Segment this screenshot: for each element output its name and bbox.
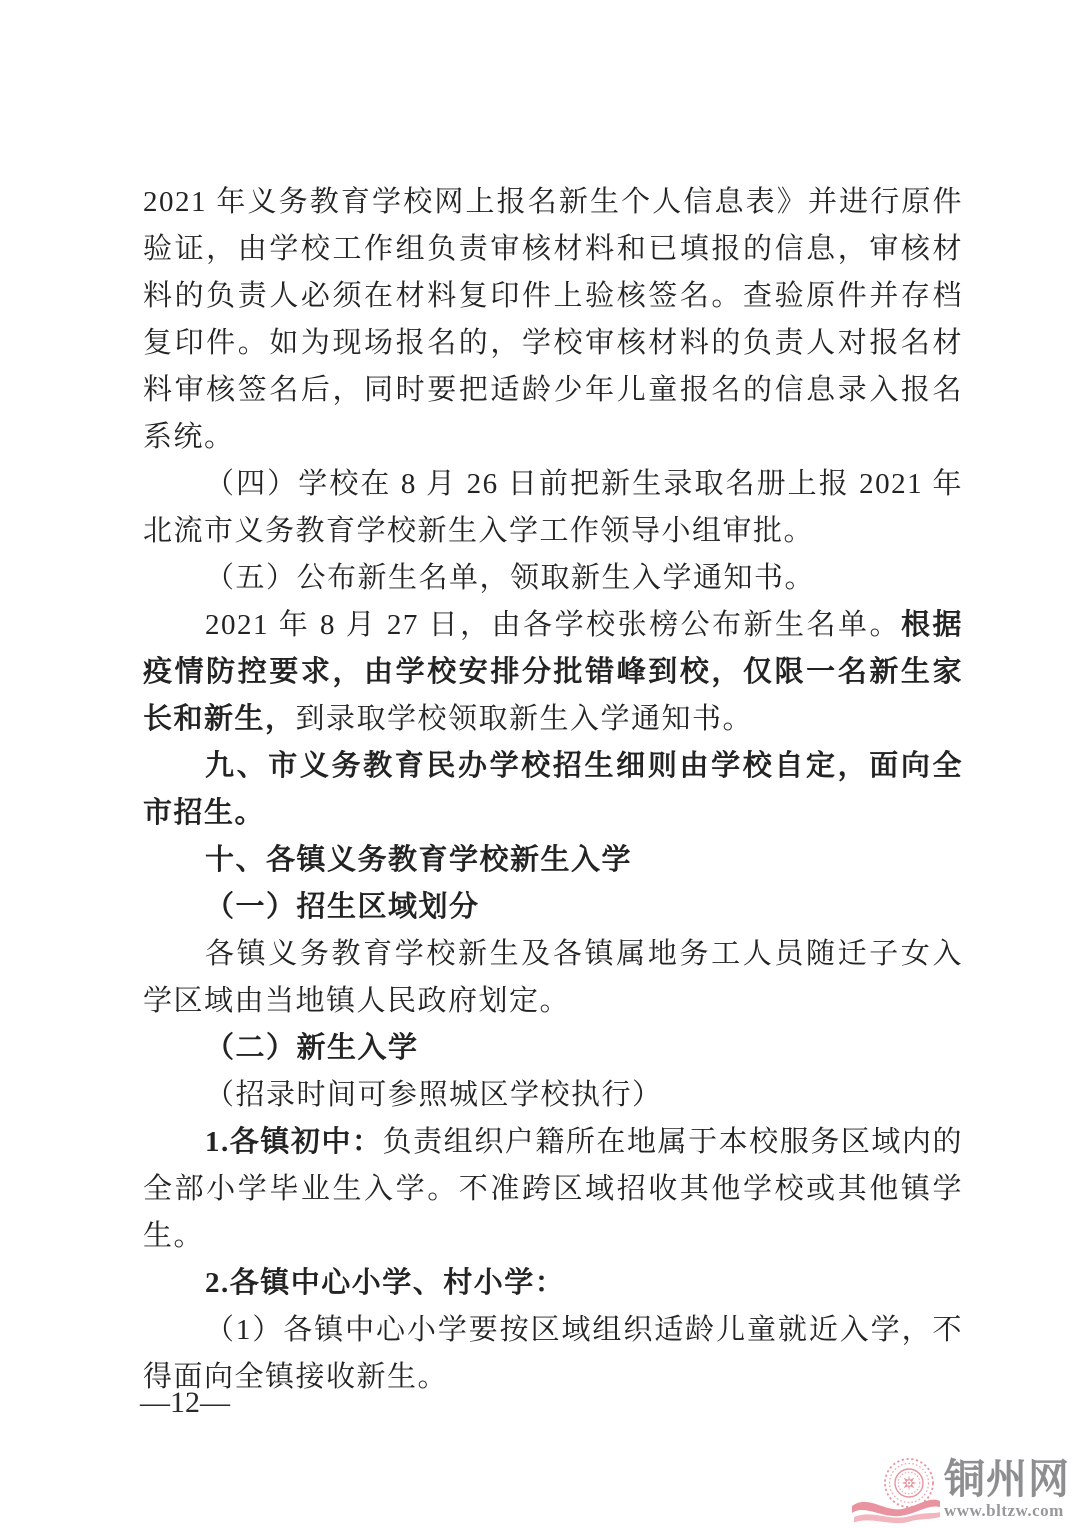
site-name: 铜州网 (944, 1458, 1070, 1500)
text-segment: 2021 年义务教育学校网上报名新生个人信息表》并进行原件验证，由学校工作组负责… (143, 186, 963, 453)
text-segment: （招录时间可参照城区学校执行） (205, 1079, 663, 1111)
site-watermark: 铜州网 www.bltzw.com (850, 1452, 1080, 1528)
subheading-text: （二）新生入学 (205, 1032, 419, 1064)
site-logo-icon (850, 1452, 942, 1528)
paragraph-township-middle-schools: 1.各镇初中：负责组织户籍所在地属于本校服务区域内的全部小学毕业生入学。不准跨区… (143, 1119, 963, 1260)
paragraph-verification-continued: 2021 年义务教育学校网上报名新生个人信息表》并进行原件验证，由学校工作组负责… (143, 179, 963, 461)
subheading-district-division: （一）招生区域划分 (143, 884, 963, 931)
text-segment: （五）公布新生名单，领取新生入学通知书。 (205, 562, 815, 594)
document-body: 2021 年义务教育学校网上报名新生个人信息表》并进行原件验证，由学校工作组负责… (143, 179, 963, 1401)
paragraph-item-five: （五）公布新生名单，领取新生入学通知书。 (143, 555, 963, 602)
subheading-text: （一）招生区域划分 (205, 891, 480, 923)
subheading-township-primary-schools: 2.各镇中心小学、村小学： (143, 1260, 963, 1307)
paragraph-item-four: （四）学校在 8 月 26 日前把新生录取名册上报 2021 年北流市义务教育学… (143, 461, 963, 555)
text-segment: （1）各镇中心小学要按区域组织适龄儿童就近入学，不得面向全镇接收新生。 (143, 1314, 963, 1393)
paragraph-central-primary-rule: （1）各镇中心小学要按区域组织适龄儿童就近入学，不得面向全镇接收新生。 (143, 1307, 963, 1401)
section-heading-text: 十、各镇义务教育学校新生入学 (205, 844, 632, 876)
subheading-new-student-enrollment: （二）新生入学 (143, 1025, 963, 1072)
list-lead-text: 2.各镇中心小学、村小学： (205, 1267, 565, 1299)
heading-section-ten: 十、各镇义务教育学校新生入学 (143, 837, 963, 884)
page-number: —12— (140, 1386, 230, 1420)
text-segment: （四）学校在 8 月 26 日前把新生录取名册上报 2021 年北流市义务教育学… (143, 468, 963, 547)
paragraph-enrollment-time-note: （招录时间可参照城区学校执行） (143, 1072, 963, 1119)
site-url: www.bltzw.com (944, 1502, 1070, 1520)
text-segment: 到录取学校领取新生入学通知书。 (296, 703, 754, 735)
paragraph-district-division: 各镇义务教育学校新生及各镇属地务工人员随迁子女入学区域由当地镇人民政府划定。 (143, 931, 963, 1025)
paragraph-name-list-announcement: 2021 年 8 月 27 日，由各学校张榜公布新生名单。根据疫情防控要求，由学… (143, 602, 963, 743)
text-segment: 各镇义务教育学校新生及各镇属地务工人员随迁子女入学区域由当地镇人民政府划定。 (143, 938, 963, 1017)
site-watermark-text: 铜州网 www.bltzw.com (944, 1452, 1070, 1520)
section-heading-text: 九、市义务教育民办学校招生细则由学校自定，面向全市招生。 (143, 750, 963, 829)
list-lead-text: 1.各镇初中： (205, 1126, 383, 1158)
text-segment: 2021 年 8 月 27 日，由各学校张榜公布新生名单。 (205, 609, 901, 641)
document-page: 2021 年义务教育学校网上报名新生个人信息表》并进行原件验证，由学校工作组负责… (0, 0, 1080, 1528)
heading-section-nine: 九、市义务教育民办学校招生细则由学校自定，面向全市招生。 (143, 743, 963, 837)
